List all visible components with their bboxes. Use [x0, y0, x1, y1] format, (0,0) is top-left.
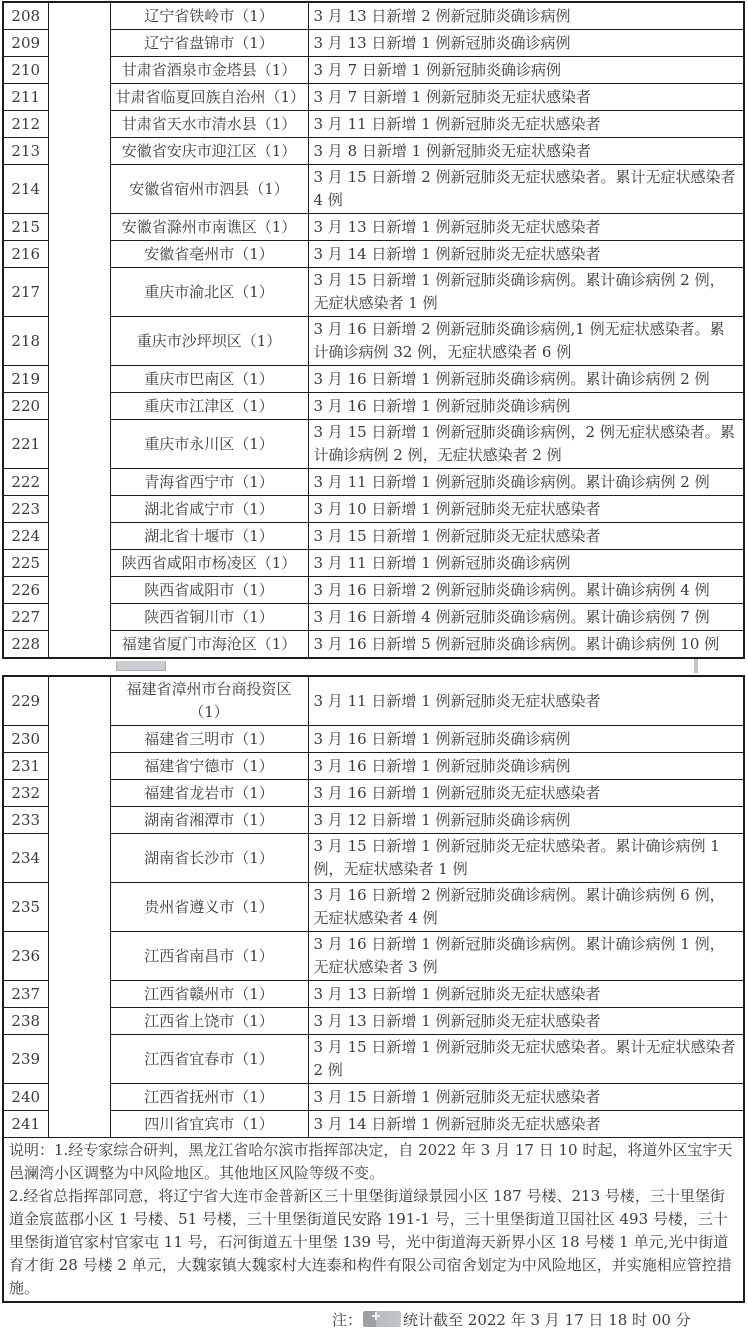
row-number-cell: 241 [3, 1111, 48, 1138]
table-row: 236江西省南昌市（1）3 月 16 日新增 1 例新冠肺炎确诊病例。累计确诊病… [3, 932, 744, 981]
footer-note: 注：统计截至 2022 年 3 月 17 日 18 时 00 分 [332, 1309, 748, 1331]
table-split-marker-left [116, 661, 166, 671]
region-cell: 辽宁省盘锦市（1） [110, 30, 308, 57]
region-cell: 甘肃省临夏回族自治州（1） [110, 84, 308, 111]
description-cell: 3 月 16 日新增 1 例新冠肺炎确诊病例 [308, 726, 744, 753]
description-cell: 3 月 10 日新增 1 例新冠肺炎无症状感染者 [308, 496, 744, 523]
row-number-cell: 214 [3, 165, 48, 214]
table-row: 212甘肃省天水市清水县（1）3 月 11 日新增 1 例新冠肺炎无症状感染者 [3, 111, 744, 138]
table-row: 232福建省龙岩市（1）3 月 16 日新增 1 例新冠肺炎无症状感染者 [3, 780, 744, 807]
table-row: 228福建省厦门市海沧区（1）3 月 16 日新增 5 例新冠肺炎确诊病例。累计… [3, 631, 744, 659]
table-row: 210甘肃省酒泉市金塔县（1）3 月 7 日新增 1 例新冠肺炎确诊病例 [3, 57, 744, 84]
row-number-cell: 232 [3, 780, 48, 807]
table-row: 233湖南省湘潭市（1）3 月 12 日新增 1 例新冠肺炎确诊病例 [3, 807, 744, 834]
notes-paragraph: 2.经省总指挥部同意，将辽宁省大连市金普新区三十里堡街道绿景园小区 187 号楼… [9, 1185, 738, 1300]
table-row: 220重庆市江津区（1）3 月 16 日新增 1 例新冠肺炎确诊病例 [3, 393, 744, 420]
table-row: 222青海省西宁市（1）3 月 11 日新增 1 例新冠肺炎确诊病例。累计确诊病… [3, 469, 744, 496]
table-row: 208辽宁省铁岭市（1）3 月 13 日新增 2 例新冠肺炎确诊病例 [3, 2, 744, 30]
description-cell: 3 月 11 日新增 1 例新冠肺炎无症状感染者 [308, 111, 744, 138]
region-cell: 安徽省宿州市泗县（1） [110, 165, 308, 214]
region-cell: 辽宁省铁岭市（1） [110, 2, 308, 30]
region-cell: 重庆市渝北区（1） [110, 268, 308, 317]
description-cell: 3 月 16 日新增 2 例新冠肺炎确诊病例。累计确诊病例 4 例 [308, 577, 744, 604]
notes-paragraph: 说明：1.经专家综合研判，黑龙江省哈尔滨市指挥部决定，自 2022 年 3 月 … [9, 1139, 738, 1185]
table-row: 235贵州省遵义市（1）3 月 16 日新增 2 例新冠肺炎确诊病例。累计确诊病… [3, 883, 744, 932]
table-row: 214安徽省宿州市泗县（1）3 月 15 日新增 2 例新冠肺炎无症状感染者。累… [3, 165, 744, 214]
description-cell: 3 月 16 日新增 2 例新冠肺炎确诊病例,1 例无症状感染者。累计确诊病例 … [308, 317, 744, 366]
region-cell: 安徽省安庆市迎江区（1） [110, 138, 308, 165]
region-cell: 四川省宜宾市（1） [110, 1111, 308, 1138]
table-row: 226陕西省咸阳市（1）3 月 16 日新增 2 例新冠肺炎确诊病例。累计确诊病… [3, 577, 744, 604]
description-cell: 3 月 15 日新增 1 例新冠肺炎无症状感染者。累计确诊病例 1 例，无症状感… [308, 834, 744, 883]
region-cell: 福建省漳州市台商投资区（1） [110, 676, 308, 726]
row-number-cell: 235 [3, 883, 48, 932]
description-cell: 3 月 15 日新增 1 例新冠肺炎无症状感染者 [308, 1084, 744, 1111]
table-row: 225陕西省咸阳市杨凌区（1）3 月 11 日新增 1 例新冠肺炎确诊病例 [3, 550, 744, 577]
row-number-cell: 233 [3, 807, 48, 834]
description-cell: 3 月 15 日新增 1 例新冠肺炎确诊病例，2 例无症状感染者。累计确诊病例 … [308, 420, 744, 469]
row-number-cell: 239 [3, 1035, 48, 1084]
table-row: 230福建省三明市（1）3 月 16 日新增 1 例新冠肺炎确诊病例 [3, 726, 744, 753]
region-cell: 甘肃省天水市清水县（1） [110, 111, 308, 138]
description-cell: 3 月 13 日新增 2 例新冠肺炎确诊病例 [308, 2, 744, 30]
table-row: 221重庆市永川区（1）3 月 15 日新增 1 例新冠肺炎确诊病例，2 例无症… [3, 420, 744, 469]
row-number-cell: 236 [3, 932, 48, 981]
region-cell: 甘肃省酒泉市金塔县（1） [110, 57, 308, 84]
region-cell: 江西省赣州市（1） [110, 981, 308, 1008]
region-cell: 贵州省遵义市（1） [110, 883, 308, 932]
description-cell: 3 月 11 日新增 1 例新冠肺炎确诊病例。累计确诊病例 2 例 [308, 469, 744, 496]
table-row: 229福建省漳州市台商投资区（1）3 月 11 日新增 1 例新冠肺炎无症状感染… [3, 676, 744, 726]
description-cell: 3 月 13 日新增 1 例新冠肺炎确诊病例 [308, 30, 744, 57]
table-row: 209辽宁省盘锦市（1）3 月 13 日新增 1 例新冠肺炎确诊病例 [3, 30, 744, 57]
row-number-cell: 209 [3, 30, 48, 57]
region-cell: 湖北省咸宁市（1） [110, 496, 308, 523]
table-row: 215安徽省滁州市南谯区（1）3 月 13 日新增 1 例新冠肺炎无症状感染者 [3, 214, 744, 241]
region-cell: 福建省宁德市（1） [110, 753, 308, 780]
row-number-cell: 237 [3, 981, 48, 1008]
description-cell: 3 月 14 日新增 1 例新冠肺炎无症状感染者 [308, 1111, 744, 1138]
row-number-cell: 211 [3, 84, 48, 111]
region-cell: 江西省上饶市（1） [110, 1008, 308, 1035]
region-cell: 湖北省十堰市（1） [110, 523, 308, 550]
row-number-cell: 238 [3, 1008, 48, 1035]
description-cell: 3 月 16 日新增 1 例新冠肺炎无症状感染者 [308, 780, 744, 807]
row-number-cell: 230 [3, 726, 48, 753]
description-cell: 3 月 16 日新增 2 例新冠肺炎确诊病例。累计确诊病例 6 例，无症状感染者… [308, 883, 744, 932]
table-split-marker-right [694, 659, 698, 673]
region-cell: 安徽省亳州市（1） [110, 241, 308, 268]
footer-note-prefix: 注： [332, 1311, 362, 1329]
row-number-cell: 210 [3, 57, 48, 84]
description-cell: 3 月 16 日新增 1 例新冠肺炎确诊病例。累计确诊病例 2 例 [308, 366, 744, 393]
description-cell: 3 月 11 日新增 1 例新冠肺炎确诊病例 [308, 550, 744, 577]
row-number-cell: 215 [3, 214, 48, 241]
table-row: 216安徽省亳州市（1）3 月 14 日新增 1 例新冠肺炎无症状感染者 [3, 241, 744, 268]
row-number-cell: 208 [3, 2, 48, 30]
row-number-cell: 216 [3, 241, 48, 268]
notes-cell: 说明：1.经专家综合研判，黑龙江省哈尔滨市指挥部决定，自 2022 年 3 月 … [3, 1138, 744, 1303]
table-row: 224湖北省十堰市（1）3 月 15 日新增 1 例新冠肺炎无症状感染者 [3, 523, 744, 550]
row-number-cell: 221 [3, 420, 48, 469]
table-row: 241四川省宜宾市（1）3 月 14 日新增 1 例新冠肺炎无症状感染者 [3, 1111, 744, 1138]
row-number-cell: 224 [3, 523, 48, 550]
row-number-cell: 227 [3, 604, 48, 631]
table-row: 238江西省上饶市（1）3 月 13 日新增 1 例新冠肺炎无症状感染者 [3, 1008, 744, 1035]
region-cell: 重庆市巴南区（1） [110, 366, 308, 393]
region-cell: 青海省西宁市（1） [110, 469, 308, 496]
region-cell: 湖南省湘潭市（1） [110, 807, 308, 834]
region-cell: 江西省抚州市（1） [110, 1084, 308, 1111]
description-cell: 3 月 16 日新增 1 例新冠肺炎确诊病例。累计确诊病例 1 例，无症状感染者… [308, 932, 744, 981]
row-number-cell: 219 [3, 366, 48, 393]
description-cell: 3 月 13 日新增 1 例新冠肺炎无症状感染者 [308, 981, 744, 1008]
description-cell: 3 月 16 日新增 5 例新冠肺炎确诊病例。累计确诊病例 10 例 [308, 631, 744, 659]
notes-row: 说明：1.经专家综合研判，黑龙江省哈尔滨市指挥部决定，自 2022 年 3 月 … [3, 1138, 744, 1303]
table-row: 223湖北省咸宁市（1）3 月 10 日新增 1 例新冠肺炎无症状感染者 [3, 496, 744, 523]
row-number-cell: 240 [3, 1084, 48, 1111]
table-row: 213安徽省安庆市迎江区（1）3 月 8 日新增 1 例新冠肺炎无症状感染者 [3, 138, 744, 165]
page-break-gap [0, 659, 748, 675]
row-number-cell: 225 [3, 550, 48, 577]
merged-empty-cell [48, 676, 110, 1138]
row-number-cell: 223 [3, 496, 48, 523]
row-number-cell: 218 [3, 317, 48, 366]
table-row: 234湖南省长沙市（1）3 月 15 日新增 1 例新冠肺炎无症状感染者。累计确… [3, 834, 744, 883]
description-cell: 3 月 15 日新增 2 例新冠肺炎无症状感染者。累计无症状感染者 4 例 [308, 165, 744, 214]
region-cell: 江西省南昌市（1） [110, 932, 308, 981]
footer-note-timestamp: 统计截至 2022 年 3 月 17 日 18 时 00 分 [403, 1311, 691, 1329]
row-number-cell: 213 [3, 138, 48, 165]
table-row: 211甘肃省临夏回族自治州（1）3 月 7 日新增 1 例新冠肺炎无症状感染者 [3, 84, 744, 111]
table-row: 231福建省宁德市（1）3 月 16 日新增 1 例新冠肺炎确诊病例 [3, 753, 744, 780]
document: 208辽宁省铁岭市（1）3 月 13 日新增 2 例新冠肺炎确诊病例209辽宁省… [0, 0, 748, 1331]
description-cell: 3 月 7 日新增 1 例新冠肺炎无症状感染者 [308, 84, 744, 111]
row-number-cell: 220 [3, 393, 48, 420]
description-cell: 3 月 16 日新增 1 例新冠肺炎确诊病例 [308, 753, 744, 780]
table-row: 227陕西省铜川市（1）3 月 16 日新增 4 例新冠肺炎确诊病例。累计确诊病… [3, 604, 744, 631]
redaction-smudge [363, 1311, 401, 1327]
row-number-cell: 212 [3, 111, 48, 138]
region-cell: 福建省龙岩市（1） [110, 780, 308, 807]
description-cell: 3 月 15 日新增 1 例新冠肺炎确诊病例。累计确诊病例 2 例，无症状感染者… [308, 268, 744, 317]
description-cell: 3 月 15 日新增 1 例新冠肺炎无症状感染者 [308, 523, 744, 550]
table-row: 219重庆市巴南区（1）3 月 16 日新增 1 例新冠肺炎确诊病例。累计确诊病… [3, 366, 744, 393]
region-cell: 湖南省长沙市（1） [110, 834, 308, 883]
region-cell: 陕西省咸阳市（1） [110, 577, 308, 604]
region-cell: 福建省厦门市海沧区（1） [110, 631, 308, 659]
row-number-cell: 226 [3, 577, 48, 604]
region-cell: 福建省三明市（1） [110, 726, 308, 753]
region-cell: 安徽省滁州市南谯区（1） [110, 214, 308, 241]
case-table-page2: 229福建省漳州市台商投资区（1）3 月 11 日新增 1 例新冠肺炎无症状感染… [2, 675, 745, 1303]
table-row: 239江西省宜春市（1）3 月 15 日新增 1 例新冠肺炎无症状感染者。累计无… [3, 1035, 744, 1084]
description-cell: 3 月 8 日新增 1 例新冠肺炎无症状感染者 [308, 138, 744, 165]
row-number-cell: 217 [3, 268, 48, 317]
region-cell: 重庆市沙坪坝区（1） [110, 317, 308, 366]
description-cell: 3 月 13 日新增 1 例新冠肺炎无症状感染者 [308, 1008, 744, 1035]
row-number-cell: 234 [3, 834, 48, 883]
region-cell: 江西省宜春市（1） [110, 1035, 308, 1084]
description-cell: 3 月 12 日新增 1 例新冠肺炎确诊病例 [308, 807, 744, 834]
case-table-page1: 208辽宁省铁岭市（1）3 月 13 日新增 2 例新冠肺炎确诊病例209辽宁省… [2, 1, 745, 659]
table-row: 217重庆市渝北区（1）3 月 15 日新增 1 例新冠肺炎确诊病例。累计确诊病… [3, 268, 744, 317]
row-number-cell: 229 [3, 676, 48, 726]
description-cell: 3 月 15 日新增 1 例新冠肺炎无症状感染者。累计无症状感染者 2 例 [308, 1035, 744, 1084]
table-row: 240江西省抚州市（1）3 月 15 日新增 1 例新冠肺炎无症状感染者 [3, 1084, 744, 1111]
region-cell: 重庆市江津区（1） [110, 393, 308, 420]
description-cell: 3 月 14 日新增 1 例新冠肺炎无症状感染者 [308, 241, 744, 268]
row-number-cell: 231 [3, 753, 48, 780]
table-row: 218重庆市沙坪坝区（1）3 月 16 日新增 2 例新冠肺炎确诊病例,1 例无… [3, 317, 744, 366]
row-number-cell: 222 [3, 469, 48, 496]
description-cell: 3 月 16 日新增 1 例新冠肺炎确诊病例 [308, 393, 744, 420]
region-cell: 陕西省铜川市（1） [110, 604, 308, 631]
description-cell: 3 月 13 日新增 1 例新冠肺炎无症状感染者 [308, 214, 744, 241]
region-cell: 重庆市永川区（1） [110, 420, 308, 469]
row-number-cell: 228 [3, 631, 48, 659]
description-cell: 3 月 11 日新增 1 例新冠肺炎无症状感染者 [308, 676, 744, 726]
region-cell: 陕西省咸阳市杨凌区（1） [110, 550, 308, 577]
merged-empty-cell [48, 2, 110, 658]
table-row: 237江西省赣州市（1）3 月 13 日新增 1 例新冠肺炎无症状感染者 [3, 981, 744, 1008]
description-cell: 3 月 16 日新增 4 例新冠肺炎确诊病例。累计确诊病例 7 例 [308, 604, 744, 631]
description-cell: 3 月 7 日新增 1 例新冠肺炎确诊病例 [308, 57, 744, 84]
